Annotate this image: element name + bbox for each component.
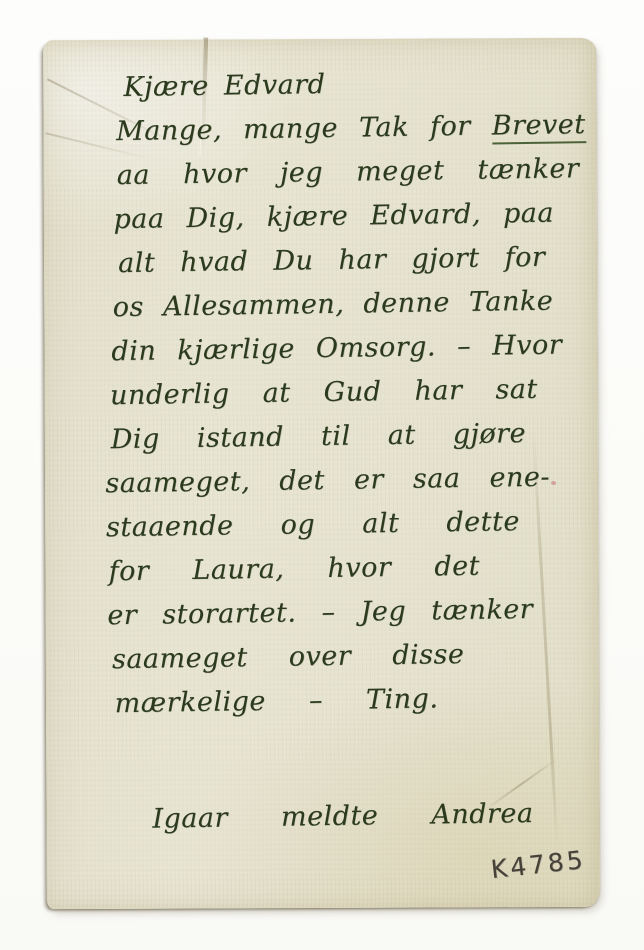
postcard: Kjære Edvard Mange, mange Tak for Brevet…: [43, 38, 600, 909]
letter-line: Igaar meldte Andrea: [152, 791, 592, 842]
letter-line: er storartet. – Jeg tænker: [107, 587, 589, 638]
letter-line: aa hvor jeg meget tænker: [116, 147, 582, 198]
letter-line: Mange, mange Tak for Brevet: [116, 103, 582, 154]
letter-line: underlig at Gud har sat: [110, 367, 586, 418]
catalog-number: K4785: [489, 845, 587, 884]
letter-line: saameget over disse: [112, 631, 590, 682]
letter-line: alt hvad Du har gjort for: [118, 235, 584, 286]
letter-line: Dig istand til at gjøre: [110, 411, 586, 462]
letter-line: staaende og alt dette: [106, 499, 588, 550]
handwritten-letter: Kjære Edvard Mange, mange Tak for Brevet…: [69, 59, 591, 842]
underlined-word: Brevet: [492, 109, 586, 144]
letter-line: Kjære Edvard: [123, 59, 581, 110]
letter-line: os Allesammen, denne Tanke: [112, 279, 584, 330]
letter-line: din kjærlige Omsorg. – Hvor: [111, 323, 585, 374]
letter-line: mærkelige – Ting.: [114, 675, 590, 726]
letter-line: saameget, det er saa ene-: [105, 455, 587, 506]
letter-line: paa Dig, kjære Edvard, paa: [113, 191, 583, 242]
letter-line-text: Mange, mange Tak for: [116, 111, 471, 147]
letter-line: for Laura, hvor det: [108, 543, 588, 594]
